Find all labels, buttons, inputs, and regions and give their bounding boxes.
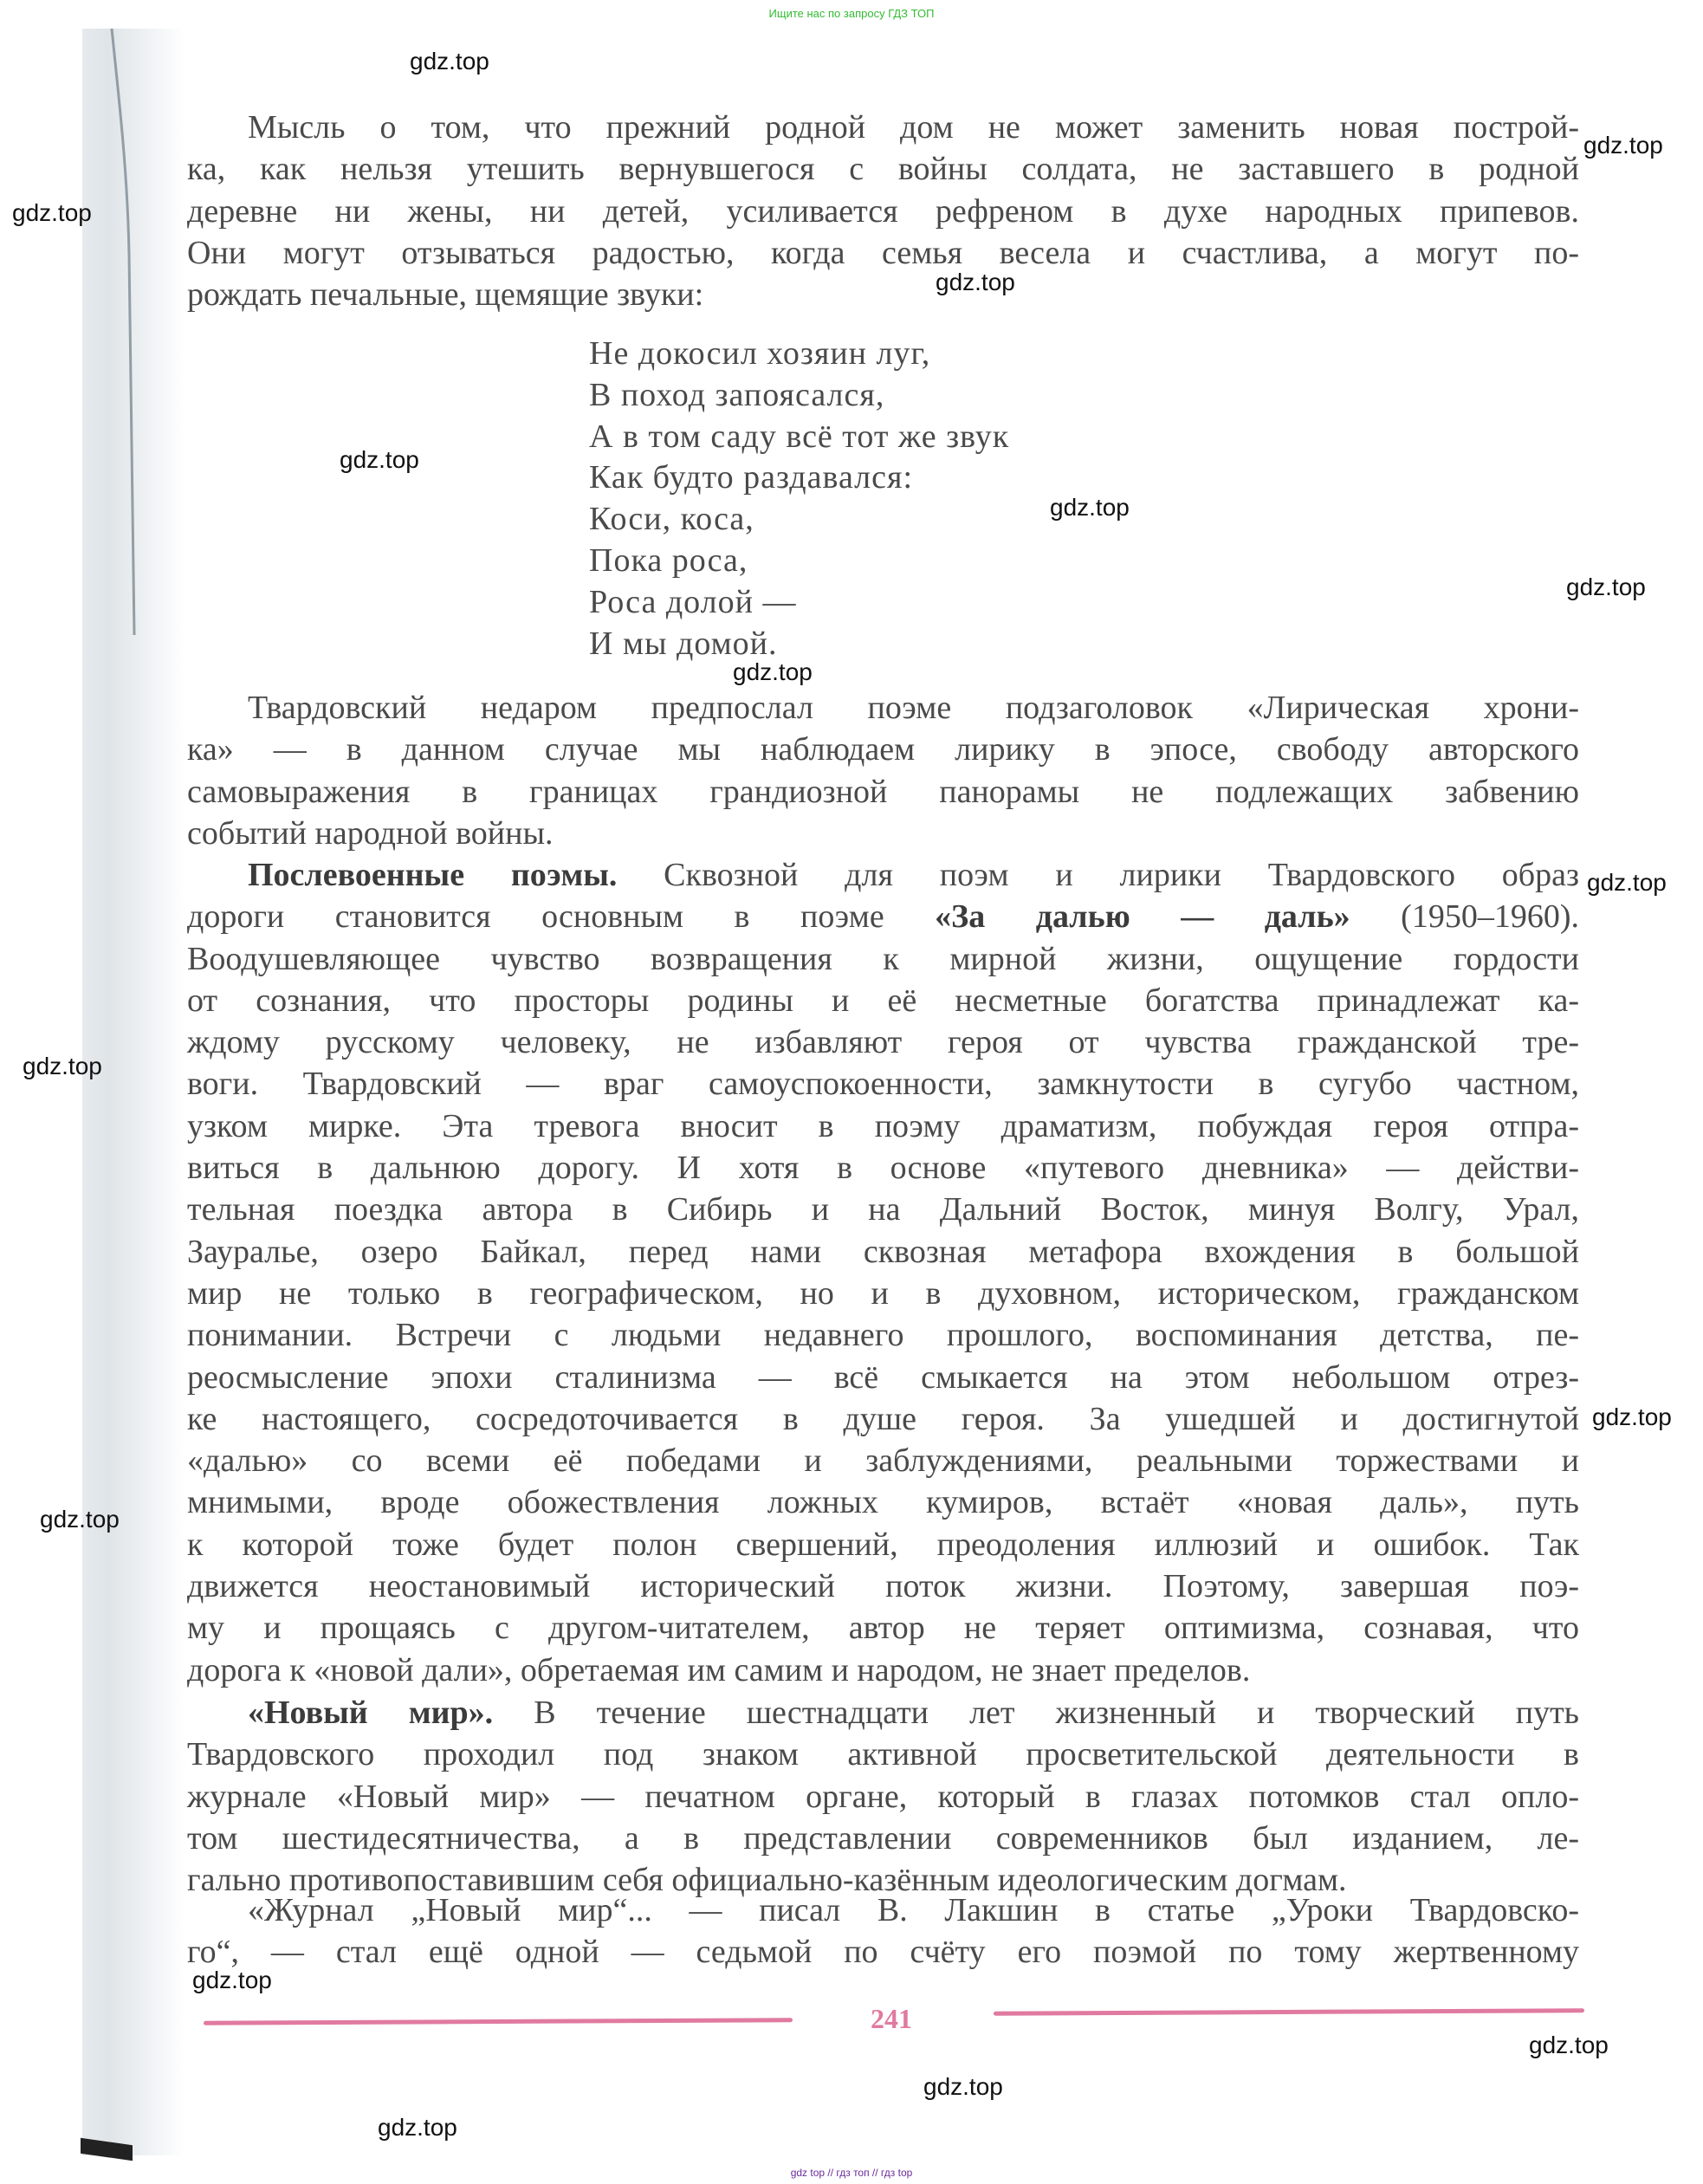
watermark: gdz.top: [733, 658, 813, 686]
verse-line: В поход запоясался,: [589, 375, 1009, 417]
watermark: gdz.top: [1587, 869, 1667, 897]
text-line: том шестидесятничества, а в представлени…: [187, 1818, 1579, 1859]
binding-crease: [110, 29, 136, 635]
text-line: понимании. Встречи с людьми недавнего пр…: [187, 1314, 1579, 1356]
text-line: воги. Твардовский — враг самоуспокоеннос…: [187, 1063, 1579, 1105]
text-line: «далью» со всеми её победами и заблужден…: [187, 1440, 1579, 1481]
verse-line: Не докосил хозяин луг,: [589, 334, 1009, 375]
text-line: ждому русскому человеку, не избавляют ге…: [187, 1021, 1579, 1063]
text-line: деревне ни жены, ни детей, усиливается р…: [187, 191, 1579, 232]
text-line: дороги становится основным в поэме «За д…: [187, 896, 1579, 937]
watermark: gdz.top: [1583, 132, 1663, 159]
poem-title: «За далью — даль»: [935, 898, 1350, 935]
watermark: gdz.top: [12, 199, 92, 227]
verse-quote: Не докосил хозяин луг, В поход запоясалс…: [589, 334, 1009, 664]
text-line: реосмысление эпохи сталинизма — всё смык…: [187, 1357, 1579, 1398]
text-line: ка, как нельзя утешить вернувшегося с во…: [187, 148, 1579, 190]
text-line: му и прощаясь с другом-читателем, автор …: [187, 1607, 1579, 1649]
text-line: к которой тоже будет полон свершений, пр…: [187, 1524, 1579, 1565]
watermark: gdz.top: [923, 2073, 1003, 2101]
text-line: «Новый мир». В течение шестнадцати лет ж…: [187, 1692, 1579, 1734]
text-line: «Журнал „Новый мир“... — писал В. Лакшин…: [187, 1889, 1579, 1931]
paragraph-intro: Мысль о том, что прежний родной дом не м…: [187, 107, 1579, 315]
watermark: gdz.top: [1566, 574, 1646, 601]
watermark: gdz.top: [378, 2114, 457, 2142]
verse-line: Как будто раздавался:: [589, 457, 1009, 499]
text-line: Зауралье, озеро Байкал, перед нами сквоз…: [187, 1231, 1579, 1273]
text-line: событий народной войны.: [187, 813, 1579, 854]
watermark: gdz.top: [340, 446, 419, 474]
text-line: рождать печальные, щемящие звуки:: [187, 274, 1579, 315]
text-line: виться в дальнюю дорогу. И хотя в основе…: [187, 1147, 1579, 1189]
text-fragment: В течение шестнадцати лет жизненный и тв…: [493, 1695, 1579, 1731]
section-novy-mir: «Новый мир». В течение шестнадцати лет ж…: [187, 1692, 1579, 1901]
section-postwar-poems: Послевоенные поэмы. Сквозной для поэм и …: [187, 854, 1579, 1691]
text-fragment: Сквозной для поэм и лирики Твардовского …: [617, 857, 1579, 893]
text-line: мнимыми, вроде обожествления ложных куми…: [187, 1481, 1579, 1523]
text-line: Послевоенные поэмы. Сквозной для поэм и …: [187, 854, 1579, 896]
watermark: gdz.top: [23, 1053, 102, 1080]
text-line: Мысль о том, что прежний родной дом не м…: [187, 107, 1579, 148]
watermark: gdz.top: [40, 1506, 120, 1533]
verse-line: Коси, коса,: [589, 499, 1009, 541]
text-line: ке настоящего, сосредоточивается в душе …: [187, 1398, 1579, 1440]
text-fragment: дороги становится основным в поэме: [187, 898, 935, 935]
paragraph-lyrical-chronicle: Твардовский недаром предпослал поэме под…: [187, 687, 1579, 854]
watermark: gdz.top: [1592, 1403, 1672, 1431]
text-line: Воодушевляющее чувство возвращения к мир…: [187, 938, 1579, 980]
verse-line: А в том саду всё тот же звук: [589, 417, 1009, 458]
watermark: gdz.top: [1529, 2032, 1609, 2059]
text-line: движется неостановимый исторический пото…: [187, 1565, 1579, 1607]
watermark: gdz.top: [410, 48, 489, 75]
section-heading: Послевоенные поэмы.: [248, 857, 617, 893]
verse-line: Роса долой —: [589, 582, 1009, 624]
text-line: Твардовского проходил под знаком активно…: [187, 1734, 1579, 1775]
page-number: 241: [871, 2003, 912, 2035]
paragraph-lakshin-quote: «Журнал „Новый мир“... — писал В. Лакшин…: [187, 1889, 1579, 1973]
watermark: gdz.top: [1050, 494, 1130, 522]
text-line: узком мирке. Эта тревога вносит в поэму …: [187, 1105, 1579, 1147]
text-line: самовыражения в границах грандиозной пан…: [187, 771, 1579, 813]
text-line: журнале «Новый мир» — печатном органе, к…: [187, 1776, 1579, 1818]
text-line: го“, — стал ещё одной — седьмой по счёту…: [187, 1931, 1579, 1973]
text-line: от сознания, что просторы родины и её не…: [187, 980, 1579, 1021]
text-line: ка» — в данном случае мы наблюдаем лирик…: [187, 729, 1579, 770]
text-fragment: (1950–1960).: [1350, 898, 1579, 935]
section-heading: «Новый мир».: [248, 1695, 493, 1731]
text-line: мир не только в географическом, но и в д…: [187, 1273, 1579, 1314]
verse-line: Пока роса,: [589, 541, 1009, 582]
text-line: дорога к «новой дали», обретаемая им сам…: [187, 1649, 1579, 1691]
watermark: gdz.top: [192, 1967, 272, 1994]
text-line: Твардовский недаром предпослал поэме под…: [187, 687, 1579, 729]
text-line: Они могут отзываться радостью, когда сем…: [187, 232, 1579, 274]
bottom-banner: gdz top // гдз топ // гдз top: [0, 2167, 1703, 2179]
text-line: тельная поездка автора в Сибирь и на Дал…: [187, 1189, 1579, 1230]
top-banner: Ищите нас по запросу ГДЗ ТОП: [0, 7, 1703, 20]
watermark: gdz.top: [936, 269, 1015, 296]
